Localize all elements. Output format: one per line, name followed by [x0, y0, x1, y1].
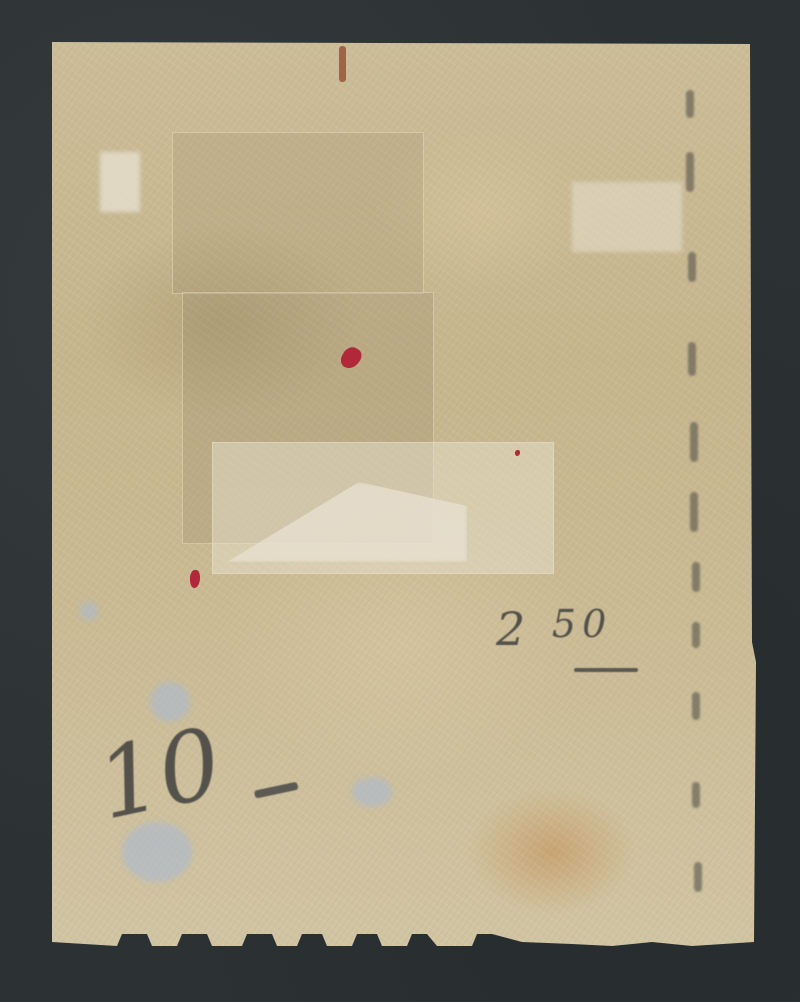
thin-spot-right — [572, 182, 682, 252]
blue-stain — [80, 602, 98, 620]
perforation-mark — [694, 862, 702, 892]
perforation-mark — [692, 622, 700, 648]
pencil-price-notation: 2 50 — [496, 602, 612, 656]
perforation-mark — [688, 342, 696, 376]
perforation-mark — [690, 492, 698, 532]
perforation-mark — [690, 422, 698, 462]
stamp-back: 2 50 10 — [52, 42, 756, 946]
blue-stain — [352, 777, 392, 807]
price-underline — [574, 668, 638, 672]
perforation-mark — [692, 692, 700, 720]
perforation-mark — [692, 782, 700, 808]
perforation-mark — [686, 90, 694, 118]
thin-spot-left — [100, 152, 140, 212]
hinge-remnant-upper — [172, 132, 424, 294]
perforation-mark — [686, 152, 694, 192]
price-superscript: 50 — [552, 602, 612, 646]
price-main: 2 — [496, 602, 531, 656]
brown-ink-stroke — [339, 46, 346, 82]
perforation-mark — [688, 252, 696, 282]
perforation-mark — [692, 562, 700, 592]
